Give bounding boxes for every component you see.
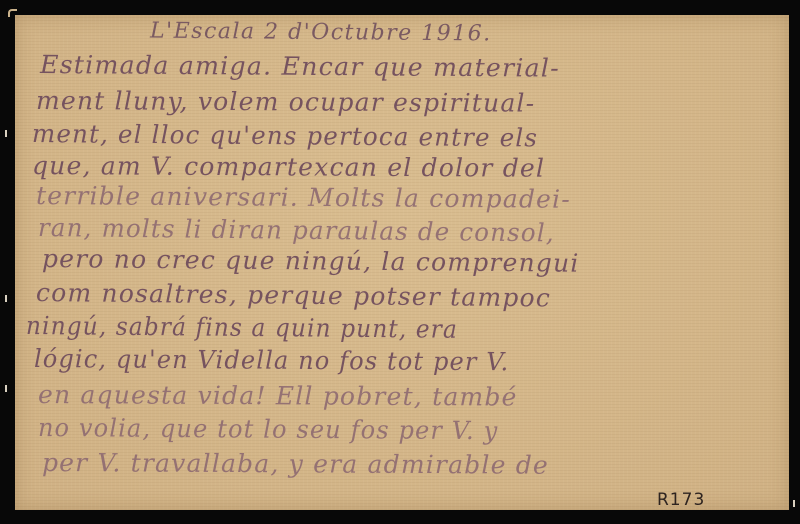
letter-line-9: ningú, sabrá fins a quin punt, era — [26, 313, 458, 342]
letter-line-11: en aquesta vida! Ell pobret, també — [38, 382, 518, 410]
edge-tick — [5, 130, 7, 137]
edge-tick — [5, 385, 7, 392]
letter-line-6: ran, molts li diran paraulas de consol, — [38, 215, 555, 245]
letter-line-2: ment lluny, volem ocupar espiritual- — [36, 88, 535, 116]
letter-line-12: no volia, que tot lo seu fos per V. y — [38, 415, 499, 443]
letter-line-13: per V. travallaba, y era admirable de — [42, 450, 549, 478]
edge-tick — [5, 295, 7, 302]
letter-line-8: com nosaltres, perque potser tampoc — [36, 280, 551, 310]
place-date-heading: L'Escala 2 d'Octubre 1916. — [150, 19, 492, 47]
letter-line-1: Estimada amiga. Encar que material- — [40, 52, 560, 81]
archive-reference-number: R173 — [657, 490, 705, 510]
letter-line-10: lógic, qu'en Vidella no fos tot per V. — [34, 346, 510, 374]
letter-line-3: ment, el lloc qu'ens pertoca entre els — [32, 121, 538, 150]
letter-line-5: terrible aniversari. Molts la compadei- — [36, 183, 571, 212]
letter-line-4: que, am V. compartexcan el dolor del — [32, 153, 545, 181]
edge-tick — [793, 500, 795, 507]
letter-line-7: pero no crec que ningú, la comprengui — [42, 246, 580, 276]
